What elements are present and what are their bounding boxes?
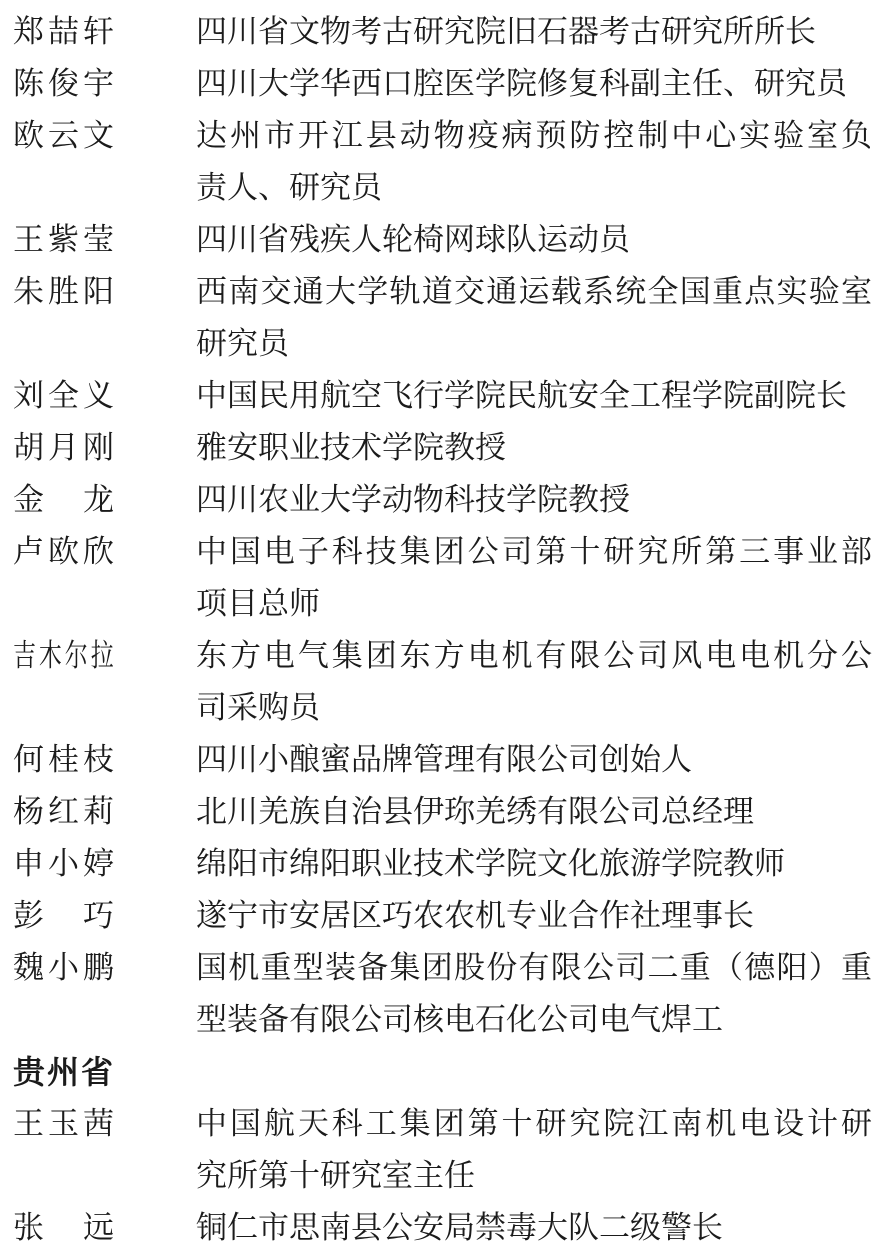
person-title: 遂宁市安居区巧农农机专业合作社理事长 [196,890,872,942]
person-title: 中国民用航空飞行学院民航安全工程学院副院长 [196,370,872,422]
title-line: 雅安职业技术学院教授 [196,422,872,474]
person-name: 魏小鹏 [13,942,196,994]
title-line: 研究员 [196,318,872,370]
person-title: 四川省残疾人轮椅网球队运动员 [196,214,872,266]
list-entry: 申小婷 绵阳市绵阳职业技术学院文化旅游学院教师 [13,838,874,890]
list-entry: 卢欧欣 中国电子科技集团公司第十研究所第三事业部 项目总师 [13,526,874,630]
list-entry: 彭 巧 遂宁市安居区巧农农机专业合作社理事长 [13,890,874,942]
person-title: 达州市开江县动物疫病预防控制中心实验室负 责人、研究员 [196,110,872,214]
title-line: 绵阳市绵阳职业技术学院文化旅游学院教师 [196,838,872,890]
person-name: 陈俊宇 [13,58,196,110]
title-line: 遂宁市安居区巧农农机专业合作社理事长 [196,890,872,942]
title-line: 司采购员 [196,682,872,734]
person-title: 西南交通大学轨道交通运载系统全国重点实验室 研究员 [196,266,872,370]
list-entry: 王紫莹 四川省残疾人轮椅网球队运动员 [13,214,874,266]
person-name: 胡月刚 [13,422,196,474]
person-title: 铜仁市思南县公安局禁毒大队二级警长 [196,1202,872,1249]
list-entry: 欧云文 达州市开江县动物疫病预防控制中心实验室负 责人、研究员 [13,110,874,214]
list-entry: 吉木尔拉 东方电气集团东方电机有限公司风电电机分公 司采购员 [13,630,874,734]
title-line: 北川羌族自治县伊珎羌绣有限公司总经理 [196,786,872,838]
section-guizhou: 贵州省 王玉茜 中国航天科工集团第十研究院江南机电设计研 究所第十研究室主任 张… [13,1046,874,1249]
person-title: 国机重型装备集团股份有限公司二重（德阳）重 型装备有限公司核电石化公司电气焊工 [196,942,872,1046]
person-name: 卢欧欣 [13,526,196,578]
person-title: 四川省文物考古研究院旧石器考古研究所所长 [196,6,872,58]
person-title: 中国航天科工集团第十研究院江南机电设计研 究所第十研究室主任 [196,1098,872,1202]
title-line: 东方电气集团东方电机有限公司风电电机分公 [196,630,872,682]
section-header-guizhou: 贵州省 [13,1046,874,1098]
list-entry: 杨红莉 北川羌族自治县伊珎羌绣有限公司总经理 [13,786,874,838]
title-line: 四川省文物考古研究院旧石器考古研究所所长 [196,6,872,58]
person-title: 雅安职业技术学院教授 [196,422,872,474]
person-title: 中国电子科技集团公司第十研究所第三事业部 项目总师 [196,526,872,630]
list-entry: 王玉茜 中国航天科工集团第十研究院江南机电设计研 究所第十研究室主任 [13,1098,874,1202]
person-title: 四川小酿蜜品牌管理有限公司创始人 [196,734,872,786]
list-entry: 郑喆轩 四川省文物考古研究院旧石器考古研究所所长 [13,6,874,58]
title-line: 达州市开江县动物疫病预防控制中心实验室负 [196,110,872,162]
person-name: 金 龙 [13,474,196,526]
person-name: 王紫莹 [13,214,196,266]
person-name: 欧云文 [13,110,196,162]
list-entry: 金 龙 四川农业大学动物科技学院教授 [13,474,874,526]
person-name: 杨红莉 [13,786,196,838]
person-name: 朱胜阳 [13,266,196,318]
section-sichuan-entries: 郑喆轩 四川省文物考古研究院旧石器考古研究所所长 陈俊宇 四川大学华西口腔医学院… [13,6,874,1046]
list-entry: 魏小鹏 国机重型装备集团股份有限公司二重（德阳）重 型装备有限公司核电石化公司电… [13,942,874,1046]
title-line: 究所第十研究室主任 [196,1150,872,1202]
person-name: 刘全义 [13,370,196,422]
list-entry: 张 远 铜仁市思南县公安局禁毒大队二级警长 [13,1202,874,1249]
list-entry: 胡月刚 雅安职业技术学院教授 [13,422,874,474]
person-name: 彭 巧 [13,890,196,942]
person-name: 王玉茜 [13,1098,196,1150]
title-line: 项目总师 [196,578,872,630]
person-title: 北川羌族自治县伊珎羌绣有限公司总经理 [196,786,872,838]
list-entry: 陈俊宇 四川大学华西口腔医学院修复科副主任、研究员 [13,58,874,110]
title-line: 西南交通大学轨道交通运载系统全国重点实验室 [196,266,872,318]
title-line: 铜仁市思南县公安局禁毒大队二级警长 [196,1202,872,1249]
person-name: 郑喆轩 [13,6,196,58]
person-title: 四川农业大学动物科技学院教授 [196,474,872,526]
person-title: 四川大学华西口腔医学院修复科副主任、研究员 [196,58,872,110]
title-line: 型装备有限公司核电石化公司电气焊工 [196,994,872,1046]
person-name: 吉木尔拉 [13,630,148,682]
title-line: 四川小酿蜜品牌管理有限公司创始人 [196,734,872,786]
title-line: 四川农业大学动物科技学院教授 [196,474,872,526]
title-line: 中国民用航空飞行学院民航安全工程学院副院长 [196,370,872,422]
list-entry: 朱胜阳 西南交通大学轨道交通运载系统全国重点实验室 研究员 [13,266,874,370]
title-line: 中国电子科技集团公司第十研究所第三事业部 [196,526,872,578]
list-entry: 何桂枝 四川小酿蜜品牌管理有限公司创始人 [13,734,874,786]
title-line: 国机重型装备集团股份有限公司二重（德阳）重 [196,942,872,994]
title-line: 四川省残疾人轮椅网球队运动员 [196,214,872,266]
person-name: 申小婷 [13,838,196,890]
title-line: 四川大学华西口腔医学院修复科副主任、研究员 [196,58,872,110]
title-line: 责人、研究员 [196,162,872,214]
title-line: 中国航天科工集团第十研究院江南机电设计研 [196,1098,872,1150]
person-name: 张 远 [13,1202,196,1249]
document-page: 郑喆轩 四川省文物考古研究院旧石器考古研究所所长 陈俊宇 四川大学华西口腔医学院… [0,0,874,1249]
person-title: 绵阳市绵阳职业技术学院文化旅游学院教师 [196,838,872,890]
person-title: 东方电气集团东方电机有限公司风电电机分公 司采购员 [196,630,872,734]
person-name: 何桂枝 [13,734,196,786]
list-entry: 刘全义 中国民用航空飞行学院民航安全工程学院副院长 [13,370,874,422]
